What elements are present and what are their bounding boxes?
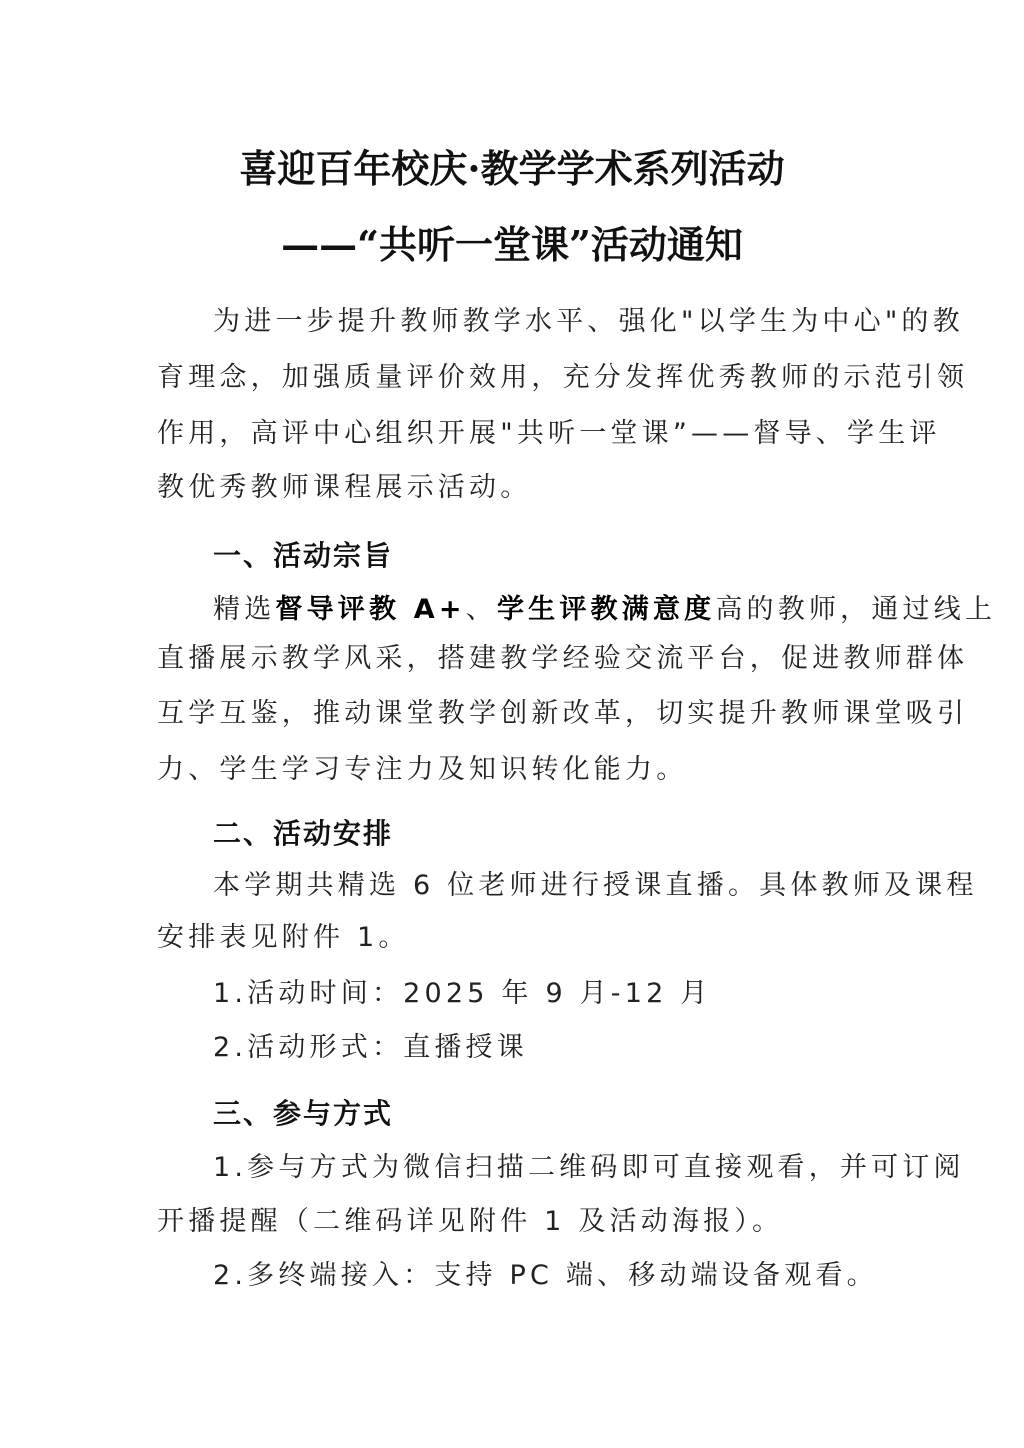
text: 、 [466, 594, 497, 625]
section-heading-arrangement: 二、活动安排 [213, 816, 393, 852]
emphasis-supervisor-rating: 督导评教 A+ [275, 594, 465, 625]
section1-line: 直播展示教学风采，搭建教学经验交流平台，促进教师群体 [157, 641, 877, 677]
intro-line: 育理念，加强质量评价效用，充分发挥优秀教师的示范引领 [157, 360, 877, 396]
multi-device-access: 2.多终端接入：支持 PC 端、移动端设备观看。 [213, 1258, 933, 1294]
section1-line: 力、学生学习专注力及知识转化能力。 [157, 752, 877, 788]
document-title: 喜迎百年校庆·教学学术系列活动 [0, 138, 1024, 193]
text: 精选 [213, 594, 275, 625]
section2-line: 本学期共精选 6 位老师进行授课直播。具体教师及课程 [213, 868, 933, 904]
document-page: 喜迎百年校庆·教学学术系列活动 ——“共听一堂课”活动通知 为进一步提升教师教学… [0, 0, 1024, 1448]
document-subtitle: ——“共听一堂课”活动通知 [0, 214, 1024, 269]
intro-line: 作用，高评中心组织开展"共听一堂课”——督导、学生评 [157, 416, 877, 452]
section1-line: 精选督导评教 A+、学生评教满意度高的教师，通过线上 [213, 592, 933, 628]
section3-line: 开播提醒（二维码详见附件 1 及活动海报）。 [157, 1204, 877, 1240]
activity-format: 2.活动形式：直播授课 [213, 1030, 933, 1066]
emphasis-student-satisfaction: 学生评教满意度 [497, 594, 715, 625]
section2-line: 安排表见附件 1。 [157, 920, 877, 956]
activity-time: 1.活动时间：2025 年 9 月-12 月 [213, 976, 933, 1012]
section1-line: 互学互鉴，推动课堂教学创新改革，切实提升教师课堂吸引 [157, 696, 877, 732]
intro-line: 教优秀教师课程展示活动。 [157, 470, 877, 506]
section3-line: 1.参与方式为微信扫描二维码即可直接观看，并可订阅 [213, 1150, 933, 1186]
section-heading-purpose: 一、活动宗旨 [213, 538, 393, 574]
text: 高的教师，通过线上 [715, 594, 996, 625]
section-heading-participation: 三、参与方式 [213, 1096, 393, 1132]
intro-line: 为进一步提升教师教学水平、强化"以学生为中心"的教 [213, 304, 933, 340]
